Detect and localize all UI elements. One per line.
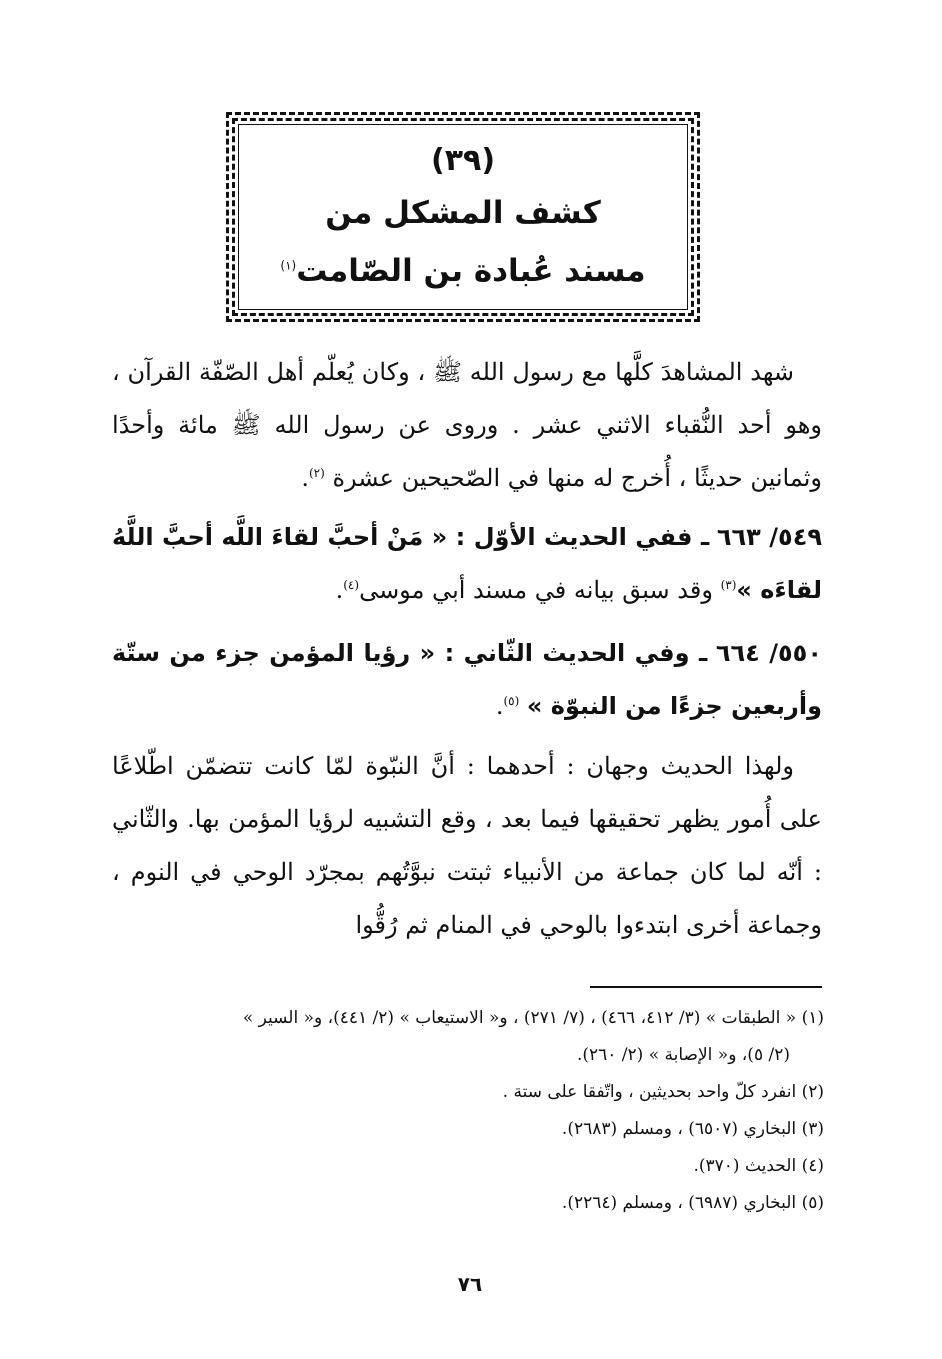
footnote-separator [590,986,822,988]
footnote-ref-2: (٢) [309,466,325,480]
chapter-title-box: (٣٩) كشف المشكل من مسند عُبادة بن الصّام… [226,112,700,322]
hadith-549-section: ٥٤٩/ ٦٦٣ ـ ففي الحديث الأوّل : « مَنْ أح… [112,511,822,617]
book-page: (٣٩) كشف المشكل من مسند عُبادة بن الصّام… [0,0,942,1359]
footnote-1-continuation: (٢/ ٥)، و« الإصابة » (٢/ ٢٦٠). [104,1037,824,1074]
footnote-4: (٤) الحديث (٣٧٠). [104,1148,824,1185]
intro-text: شهد المشاهدَ كلَّها مع رسول الله ﷺ ، وكا… [112,358,822,492]
footnotes: (١) « الطبقات » (٣/ ٤١٢، ٤٦٦) ، (٧/ ٢٧١)… [104,1000,824,1222]
hadith-note: وقد سبق بيانه في مسند أبي موسى [359,576,721,604]
page-number: ٧٦ [440,1272,500,1296]
commentary-section: ولهذا الحديث وجهان : أحدهما : أنَّ النبّ… [112,740,822,952]
commentary-paragraph: ولهذا الحديث وجهان : أحدهما : أنَّ النبّ… [112,740,822,952]
hadith-number: ٥٤٩/ ٦٦٣ [717,523,822,551]
footnote-2: (٢) انفرد كلّ واحد بحديثين ، واتّفقا على… [104,1074,824,1111]
hadith-549: ٥٤٩/ ٦٦٣ ـ ففي الحديث الأوّل : « مَنْ أح… [112,511,822,617]
footnote-1: (١) « الطبقات » (٣/ ٤١٢، ٤٦٦) ، (٧/ ٢٧١)… [104,1000,824,1037]
intro-section: شهد المشاهدَ كلَّها مع رسول الله ﷺ ، وكا… [112,346,822,505]
hadith-550: ٥٥٠/ ٦٦٤ ـ وفي الحديث الثّاني : « رؤيا ا… [112,627,822,733]
chapter-title-line-2: مسند عُبادة بن الصّامت(١) [280,242,645,300]
hadith-number: ٥٥٠/ ٦٦٤ [716,639,822,667]
footnote-ref-5: (٥) [503,694,519,708]
intro-paragraph: شهد المشاهدَ كلَّها مع رسول الله ﷺ ، وكا… [112,346,822,505]
hadith-550-section: ٥٥٠/ ٦٦٤ ـ وفي الحديث الثّاني : « رؤيا ا… [112,627,822,733]
chapter-title-text: مسند عُبادة بن الصّامت [296,253,645,289]
footnote-5: (٥) البخاري (٦٩٨٧) ، ومسلم (٢٢٦٤). [104,1185,824,1222]
footnote-3: (٣) البخاري (٦٥٠٧) ، ومسلم (٢٦٨٣). [104,1111,824,1148]
footnote-ref-3: (٣) [721,578,737,592]
footnote-ref-4: (٤) [343,578,359,592]
chapter-title-line-1: كشف المشكل من [325,184,600,242]
footnote-ref-1: (١) [280,259,296,273]
chapter-title-frame: (٣٩) كشف المشكل من مسند عُبادة بن الصّام… [232,118,694,316]
chapter-number: (٣٩) [431,138,495,184]
